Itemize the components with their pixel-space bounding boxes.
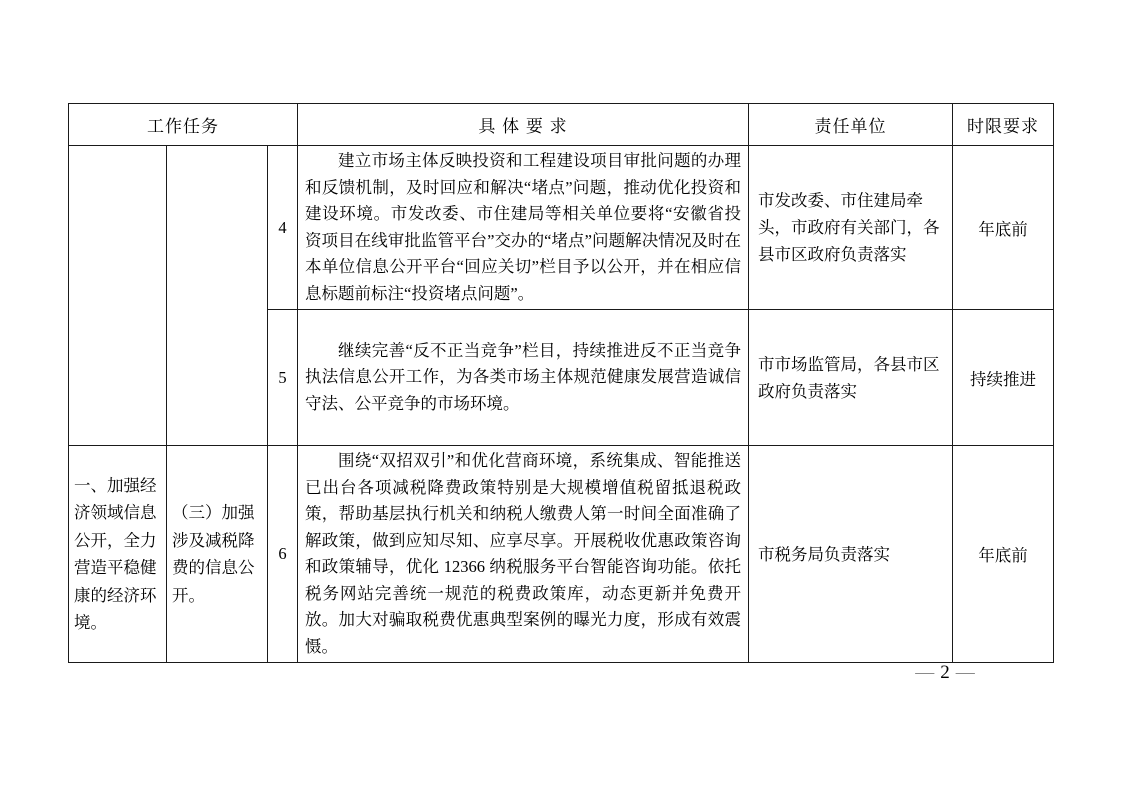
task-category-cell-empty xyxy=(69,146,167,446)
page-number-dash-right: — xyxy=(952,662,981,683)
header-deadline: 时限要求 xyxy=(953,104,1054,146)
unit-cell: 市发改委、市住建局牵头，市政府有关部门，各县市区政府负责落实 xyxy=(749,146,953,310)
document-page: 工作任务 具 体 要 求 责任单位 时限要求 4 建立市场主体反映投资和工程建设… xyxy=(0,0,1122,793)
page-number-value: 2 xyxy=(940,662,952,683)
task-table: 工作任务 具 体 要 求 责任单位 时限要求 4 建立市场主体反映投资和工程建设… xyxy=(68,103,1054,663)
requirement-text: 建立市场主体反映投资和工程建设项目审批问题的办理和反馈机制，及时回应和解决“堵点… xyxy=(305,148,741,307)
header-task: 工作任务 xyxy=(69,104,298,146)
page-number-dash-left: — xyxy=(911,662,940,683)
task-category-cell: 一、加强经济领域信息公开，全力营造平稳健康的经济环境。 xyxy=(69,446,167,663)
unit-cell: 市税务局负责落实 xyxy=(749,446,953,663)
row-number: 5 xyxy=(268,310,298,446)
requirement-cell: 围绕“双招双引”和优化营商环境，系统集成、智能推送已出台各项减税降费政策特别是大… xyxy=(298,446,749,663)
requirement-text: 继续完善“反不正当竞争”栏目，持续推进反不正当竞争执法信息公开工作，为各类市场主… xyxy=(305,338,741,418)
row-number: 4 xyxy=(268,146,298,310)
deadline-cell: 年底前 xyxy=(953,146,1054,310)
task-item-cell: （三）加强涉及减税降费的信息公开。 xyxy=(167,446,268,663)
table-row: 一、加强经济领域信息公开，全力营造平稳健康的经济环境。 （三）加强涉及减税降费的… xyxy=(69,446,1054,663)
requirement-cell: 继续完善“反不正当竞争”栏目，持续推进反不正当竞争执法信息公开工作，为各类市场主… xyxy=(298,310,749,446)
unit-cell: 市市场监管局，各县市区政府负责落实 xyxy=(749,310,953,446)
deadline-cell: 持续推进 xyxy=(953,310,1054,446)
header-requirement: 具 体 要 求 xyxy=(298,104,749,146)
table-header-row: 工作任务 具 体 要 求 责任单位 时限要求 xyxy=(69,104,1054,146)
table-row: 4 建立市场主体反映投资和工程建设项目审批问题的办理和反馈机制，及时回应和解决“… xyxy=(69,146,1054,310)
requirement-cell: 建立市场主体反映投资和工程建设项目审批问题的办理和反馈机制，及时回应和解决“堵点… xyxy=(298,146,749,310)
header-unit: 责任单位 xyxy=(749,104,953,146)
row-number: 6 xyxy=(268,446,298,663)
page-number: —2— xyxy=(896,662,996,684)
requirement-text: 围绕“双招双引”和优化营商环境，系统集成、智能推送已出台各项减税降费政策特别是大… xyxy=(305,448,741,660)
task-item-cell-empty xyxy=(167,146,268,446)
deadline-cell: 年底前 xyxy=(953,446,1054,663)
